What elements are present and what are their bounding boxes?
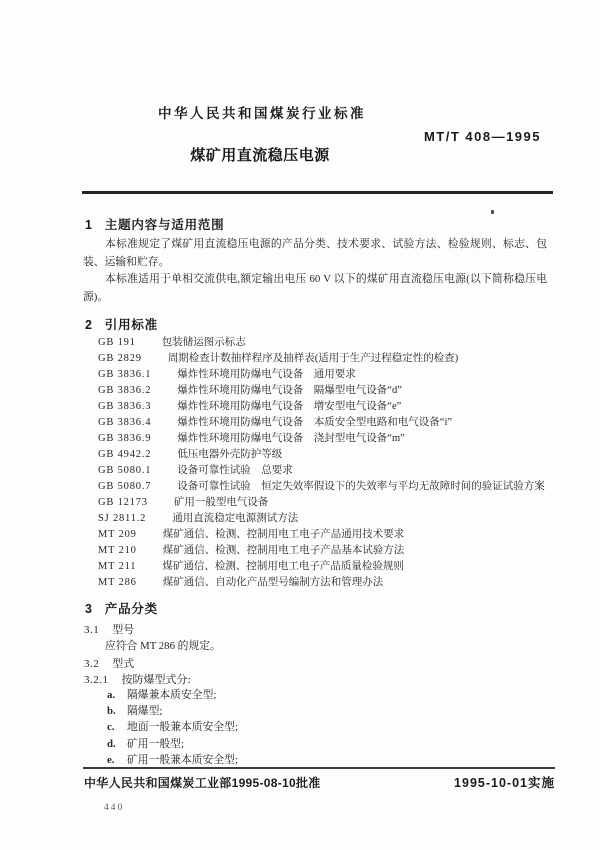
reference-item: GB 4942.2低压电器外壳防护等级 [98,447,545,463]
list-item-letter: b. [107,703,127,719]
list-item-text: 矿用一般兼本质安全型; [127,754,238,766]
reference-item: MT 211煤矿通信、检测、控制用电工电子产品质量检验规则 [98,559,545,575]
reference-title: 通用直流稳定电源测试方法 [172,513,298,524]
list-item: c.地面一般兼本质安全型; [84,719,238,735]
standard-number: MT/T 408—1995 [424,129,541,144]
footer-rule [83,767,555,769]
reference-title: 煤矿通信、自动化产品型号编制方法和管理办法 [163,577,384,588]
section2-title: 引用标准 [105,318,158,332]
header-rule [82,191,553,194]
clause-3-1-number: 3.1 [84,624,99,636]
reference-item: GB 2829周期检查计数抽样程序及抽样表(适用于生产过程稳定性的检查) [98,351,545,367]
list-item-text: 隔爆型; [127,705,162,717]
section1-heading: 1主题内容与适用范围 [85,215,224,233]
reference-code: GB 191 [98,337,136,348]
reference-code: MT 211 [98,561,136,572]
ink-speck [491,210,494,214]
reference-title: 煤矿通信、检测、控制用电工电子产品质量检验规则 [162,561,404,572]
clause-3-1-body: 应符合 MT 286 的规定。 [84,638,221,653]
implementation-date: 1995-10-01实施 [454,773,555,791]
section3-number: 3 [85,602,93,616]
reference-code: GB 3836.9 [98,433,151,444]
reference-title: 包装储运图示标志 [162,337,246,348]
reference-code: GB 5080.1 [98,465,151,476]
list-item-letter: c. [107,719,127,735]
reference-title: 低压电器外壳防护等级 [177,449,282,460]
document-title: 煤矿用直流稳压电源 [0,144,520,165]
section2-number: 2 [85,318,93,332]
reference-code: SJ 2811.2 [98,513,146,524]
clause-3-2-title: 型式 [112,658,134,670]
list-item: a.隔爆兼本质安全型; [84,687,238,703]
section2-heading: 2引用标准 [85,315,158,333]
reference-code: MT 210 [98,545,137,556]
reference-item: SJ 2811.2通用直流稳定电源测试方法 [98,511,545,527]
section1-number: 1 [85,218,93,232]
list-item-text: 矿用一般型; [127,738,184,750]
reference-code: GB 3836.1 [98,369,151,380]
list-item: e.矿用一般兼本质安全型; [84,752,238,768]
reference-item: MT 209煤矿通信、检测、控制用电工电子产品通用技术要求 [98,527,545,543]
reference-code: GB 5080.7 [98,481,151,492]
reference-title: 爆炸性环境用防爆电气设备 隔爆型电气设备“d” [177,385,402,396]
reference-item: MT 286煤矿通信、自动化产品型号编制方法和管理办法 [98,575,545,591]
section1-paragraph-2: 本标准适用于单相交流供电,额定输出电压 60 V 以下的煤矿用直流稳压电源(以下… [83,271,547,306]
reference-title: 设备可靠性试验 总要求 [177,465,293,476]
section1-paragraph-1: 本标准规定了煤矿用直流稳压电源的产品分类、技术要求、试验方法、检验规则、标志、包… [83,236,547,271]
clause-3-1-title: 型号 [112,624,134,636]
reference-item: MT 210煤矿通信、检测、控制用电工电子产品基本试验方法 [98,543,545,559]
list-item: b.隔爆型; [84,703,238,719]
list-item-letter: a. [107,687,127,703]
reference-title: 设备可靠性试验 恒定失效率假设下的失效率与平均无故障时间的验证试验方案 [177,481,545,492]
page-number: 440 [104,803,124,813]
clause-3-2-1-number: 3.2.1 [84,674,109,686]
reference-title: 煤矿通信、检测、控制用电工电子产品基本试验方法 [163,545,405,556]
clause-3-2-1-title: 按防爆型式分: [122,674,191,686]
reference-code: GB 12173 [98,497,148,508]
reference-title: 煤矿通信、检测、控制用电工电子产品通用技术要求 [163,529,405,540]
clause-3-1: 3.1型号 [84,621,134,637]
reference-item: GB 5080.7设备可靠性试验 恒定失效率假设下的失效率与平均无故障时间的验证… [98,479,545,495]
document-page: 中华人民共和国煤炭行业标准 MT/T 408—1995 煤矿用直流稳压电源 1主… [0,0,600,850]
reference-code: GB 4942.2 [98,449,151,460]
reference-item: GB 12173矿用一般型电气设备 [98,495,545,511]
reference-code: GB 3836.3 [98,401,151,412]
reference-code: MT 286 [98,577,137,588]
reference-item: GB 3836.9爆炸性环境用防爆电气设备 浇封型电气设备“m” [98,431,545,447]
reference-title: 周期检查计数抽样程序及抽样表(适用于生产过程稳定性的检查) [168,353,459,364]
list-item-letter: d. [107,736,127,752]
section3-title: 产品分类 [105,602,158,616]
reference-item: GB 3836.2爆炸性环境用防爆电气设备 隔爆型电气设备“d” [98,383,545,399]
list-item-text: 隔爆兼本质安全型; [127,689,216,701]
reference-code: GB 2829 [98,353,142,364]
reference-item: GB 3836.3爆炸性环境用防爆电气设备 增安型电气设备“e” [98,399,545,415]
section3-heading: 3产品分类 [85,599,158,617]
reference-item: GB 3836.4爆炸性环境用防爆电气设备 本质安全型电路和电气设备“i” [98,415,545,431]
reference-item: GB 3836.1爆炸性环境用防爆电气设备 通用要求 [98,367,545,383]
list-item: d.矿用一般型; [84,736,238,752]
reference-item: GB 5080.1设备可靠性试验 总要求 [98,463,545,479]
clause-3-2: 3.2型式 [84,655,134,671]
standard-header: 中华人民共和国煤炭行业标准 [0,102,524,122]
reference-title: 爆炸性环境用防爆电气设备 浇封型电气设备“m” [177,433,405,444]
reference-code: GB 3836.4 [98,417,151,428]
list-item-letter: e. [107,752,127,768]
reference-item: GB 191包装储运图示标志 [98,335,545,351]
list-item-text: 地面一般兼本质安全型; [127,721,238,733]
reference-title: 爆炸性环境用防爆电气设备 通用要求 [177,369,356,380]
reference-title: 矿用一般型电气设备 [174,497,269,508]
approval-statement: 中华人民共和国煤炭工业部1995-08-10批准 [84,774,321,791]
reference-list: GB 191包装储运图示标志 GB 2829周期检查计数抽样程序及抽样表(适用于… [98,335,545,591]
reference-title: 爆炸性环境用防爆电气设备 本质安全型电路和电气设备“i” [177,417,452,428]
clause-3-2-number: 3.2 [84,658,99,670]
clause-3-2-1: 3.2.1按防爆型式分: [84,671,191,687]
explosion-proof-type-list: a.隔爆兼本质安全型; b.隔爆型; c.地面一般兼本质安全型; d.矿用一般型… [84,687,238,768]
reference-code: MT 209 [98,529,137,540]
reference-code: GB 3836.2 [98,385,151,396]
section1-title: 主题内容与适用范围 [105,218,225,232]
reference-title: 爆炸性环境用防爆电气设备 增安型电气设备“e” [177,401,401,412]
